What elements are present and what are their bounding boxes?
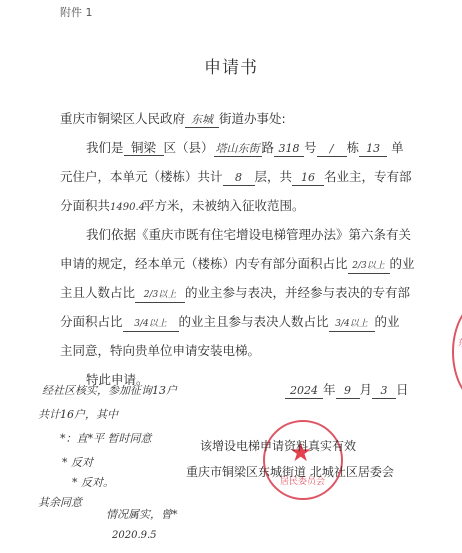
text: 路 xyxy=(262,140,275,155)
text: 年 xyxy=(323,382,336,397)
area-field-handwritten: 1490.4 xyxy=(110,201,142,215)
para1-line3: 分面积共1490.4平方米，未被纳入征收范围。 xyxy=(60,196,305,215)
voted-people-ratio-field-handwritten: 3/4以上 xyxy=(329,317,375,332)
text: 名业主，专有部 xyxy=(324,169,412,184)
date: 2024年9月3日 xyxy=(285,380,409,399)
handwritten-note-date: 2020.9.5 xyxy=(112,530,157,541)
para2-line1: 我们依据《重庆市既有住宅增设电梯管理办法》第六条有关 xyxy=(86,225,411,243)
building-field-handwritten: / xyxy=(317,142,347,157)
street-name-handwritten: 东城 xyxy=(185,113,219,128)
handwritten-note-line3: *：直*平 暂时同意 xyxy=(60,430,152,446)
partial-seal: 东 会 xyxy=(452,300,462,404)
day-handwritten: 3 xyxy=(372,384,396,399)
text: 的业主参与表决，并经参与表决的专有部 xyxy=(185,285,410,300)
para2-line2: 申请的规定，经本单元（楼栋）内专有部分面积占比2/3以上的业 xyxy=(60,254,415,274)
area-ratio-field-handwritten: 2/3以上 xyxy=(348,259,390,274)
para1-line1: 我们是铜梁区（县）塔山东街路318号/栋13单 xyxy=(86,138,404,157)
text: 平方米，未被纳入征收范围。 xyxy=(142,198,305,213)
official-seal: ★ 居民委员会 xyxy=(263,420,343,500)
text: 单 xyxy=(391,140,404,155)
text: 的业 xyxy=(375,314,400,329)
salutation-suffix: 街道办事处: xyxy=(219,111,286,126)
text: 栋 xyxy=(347,140,360,155)
number-field-handwritten: 318 xyxy=(274,142,304,157)
para1-line2: 元住户，本单元（楼栋）共计8层，共16名业主，专有部 xyxy=(60,167,412,186)
text: 月 xyxy=(360,382,373,397)
text: 我们是 xyxy=(86,140,124,155)
owners-field-handwritten: 16 xyxy=(292,171,324,186)
year-handwritten: 2024 xyxy=(285,384,323,399)
handwritten-note-line6: 其余同意 xyxy=(38,494,82,510)
floors-field-handwritten: 8 xyxy=(223,171,255,186)
salutation-prefix: 重庆市铜梁区人民政府 xyxy=(60,111,185,126)
text: 区（县） xyxy=(164,140,214,155)
text: 主且人数占比 xyxy=(60,285,135,300)
handwritten-note-line1: 经社区核实，参加征询13户 xyxy=(42,382,177,398)
salutation: 重庆市铜梁区人民政府东城街道办事处: xyxy=(60,109,286,128)
certification-line1: 该增设电梯申请资料真实有效 xyxy=(200,437,356,454)
people-ratio-field-handwritten: 2/3以上 xyxy=(135,288,185,303)
text: 分面积共 xyxy=(60,198,110,213)
voted-area-ratio-field-handwritten: 3/4以上 xyxy=(123,317,179,332)
text: 的业主且参与表决人数占比 xyxy=(179,314,329,329)
para2-line3: 主且人数占比2/3以上的业主参与表决，并经参与表决的专有部 xyxy=(60,283,410,303)
district-field: 铜梁 xyxy=(124,141,164,156)
month-handwritten: 9 xyxy=(336,384,360,399)
para2-line5: 主同意，特向贵单位申请安装电梯。 xyxy=(60,341,260,359)
handwritten-note-line2: 共计16户，其中 xyxy=(38,406,118,422)
text: 分面积占比 xyxy=(60,314,123,329)
handwritten-note-line4: * 反对 xyxy=(62,454,93,470)
attachment-label: 附件 1 xyxy=(60,4,93,20)
text: 层，共 xyxy=(255,169,293,184)
document-title: 申请书 xyxy=(0,53,462,78)
partial-seal-text: 东 会 xyxy=(458,338,462,350)
certification-line2: 重庆市铜梁区东城街道 北城社区居委会 xyxy=(186,463,394,480)
text: 申请的规定，经本单元（楼栋）内专有部分面积占比 xyxy=(60,256,348,271)
text: 的业 xyxy=(390,256,415,271)
handwritten-note-line5: * 反对。 xyxy=(72,474,114,490)
road-field-handwritten: 塔山东街 xyxy=(214,142,262,157)
handwritten-note-signature: 情况属实，曾* xyxy=(106,506,178,522)
text: 元住户，本单元（楼栋）共计 xyxy=(60,169,223,184)
text: 号 xyxy=(304,140,317,155)
unit-field-handwritten: 13 xyxy=(359,142,387,157)
text: 日 xyxy=(396,382,409,397)
para2-line4: 分面积占比3/4以上的业主且参与表决人数占比3/4以上的业 xyxy=(60,312,400,332)
